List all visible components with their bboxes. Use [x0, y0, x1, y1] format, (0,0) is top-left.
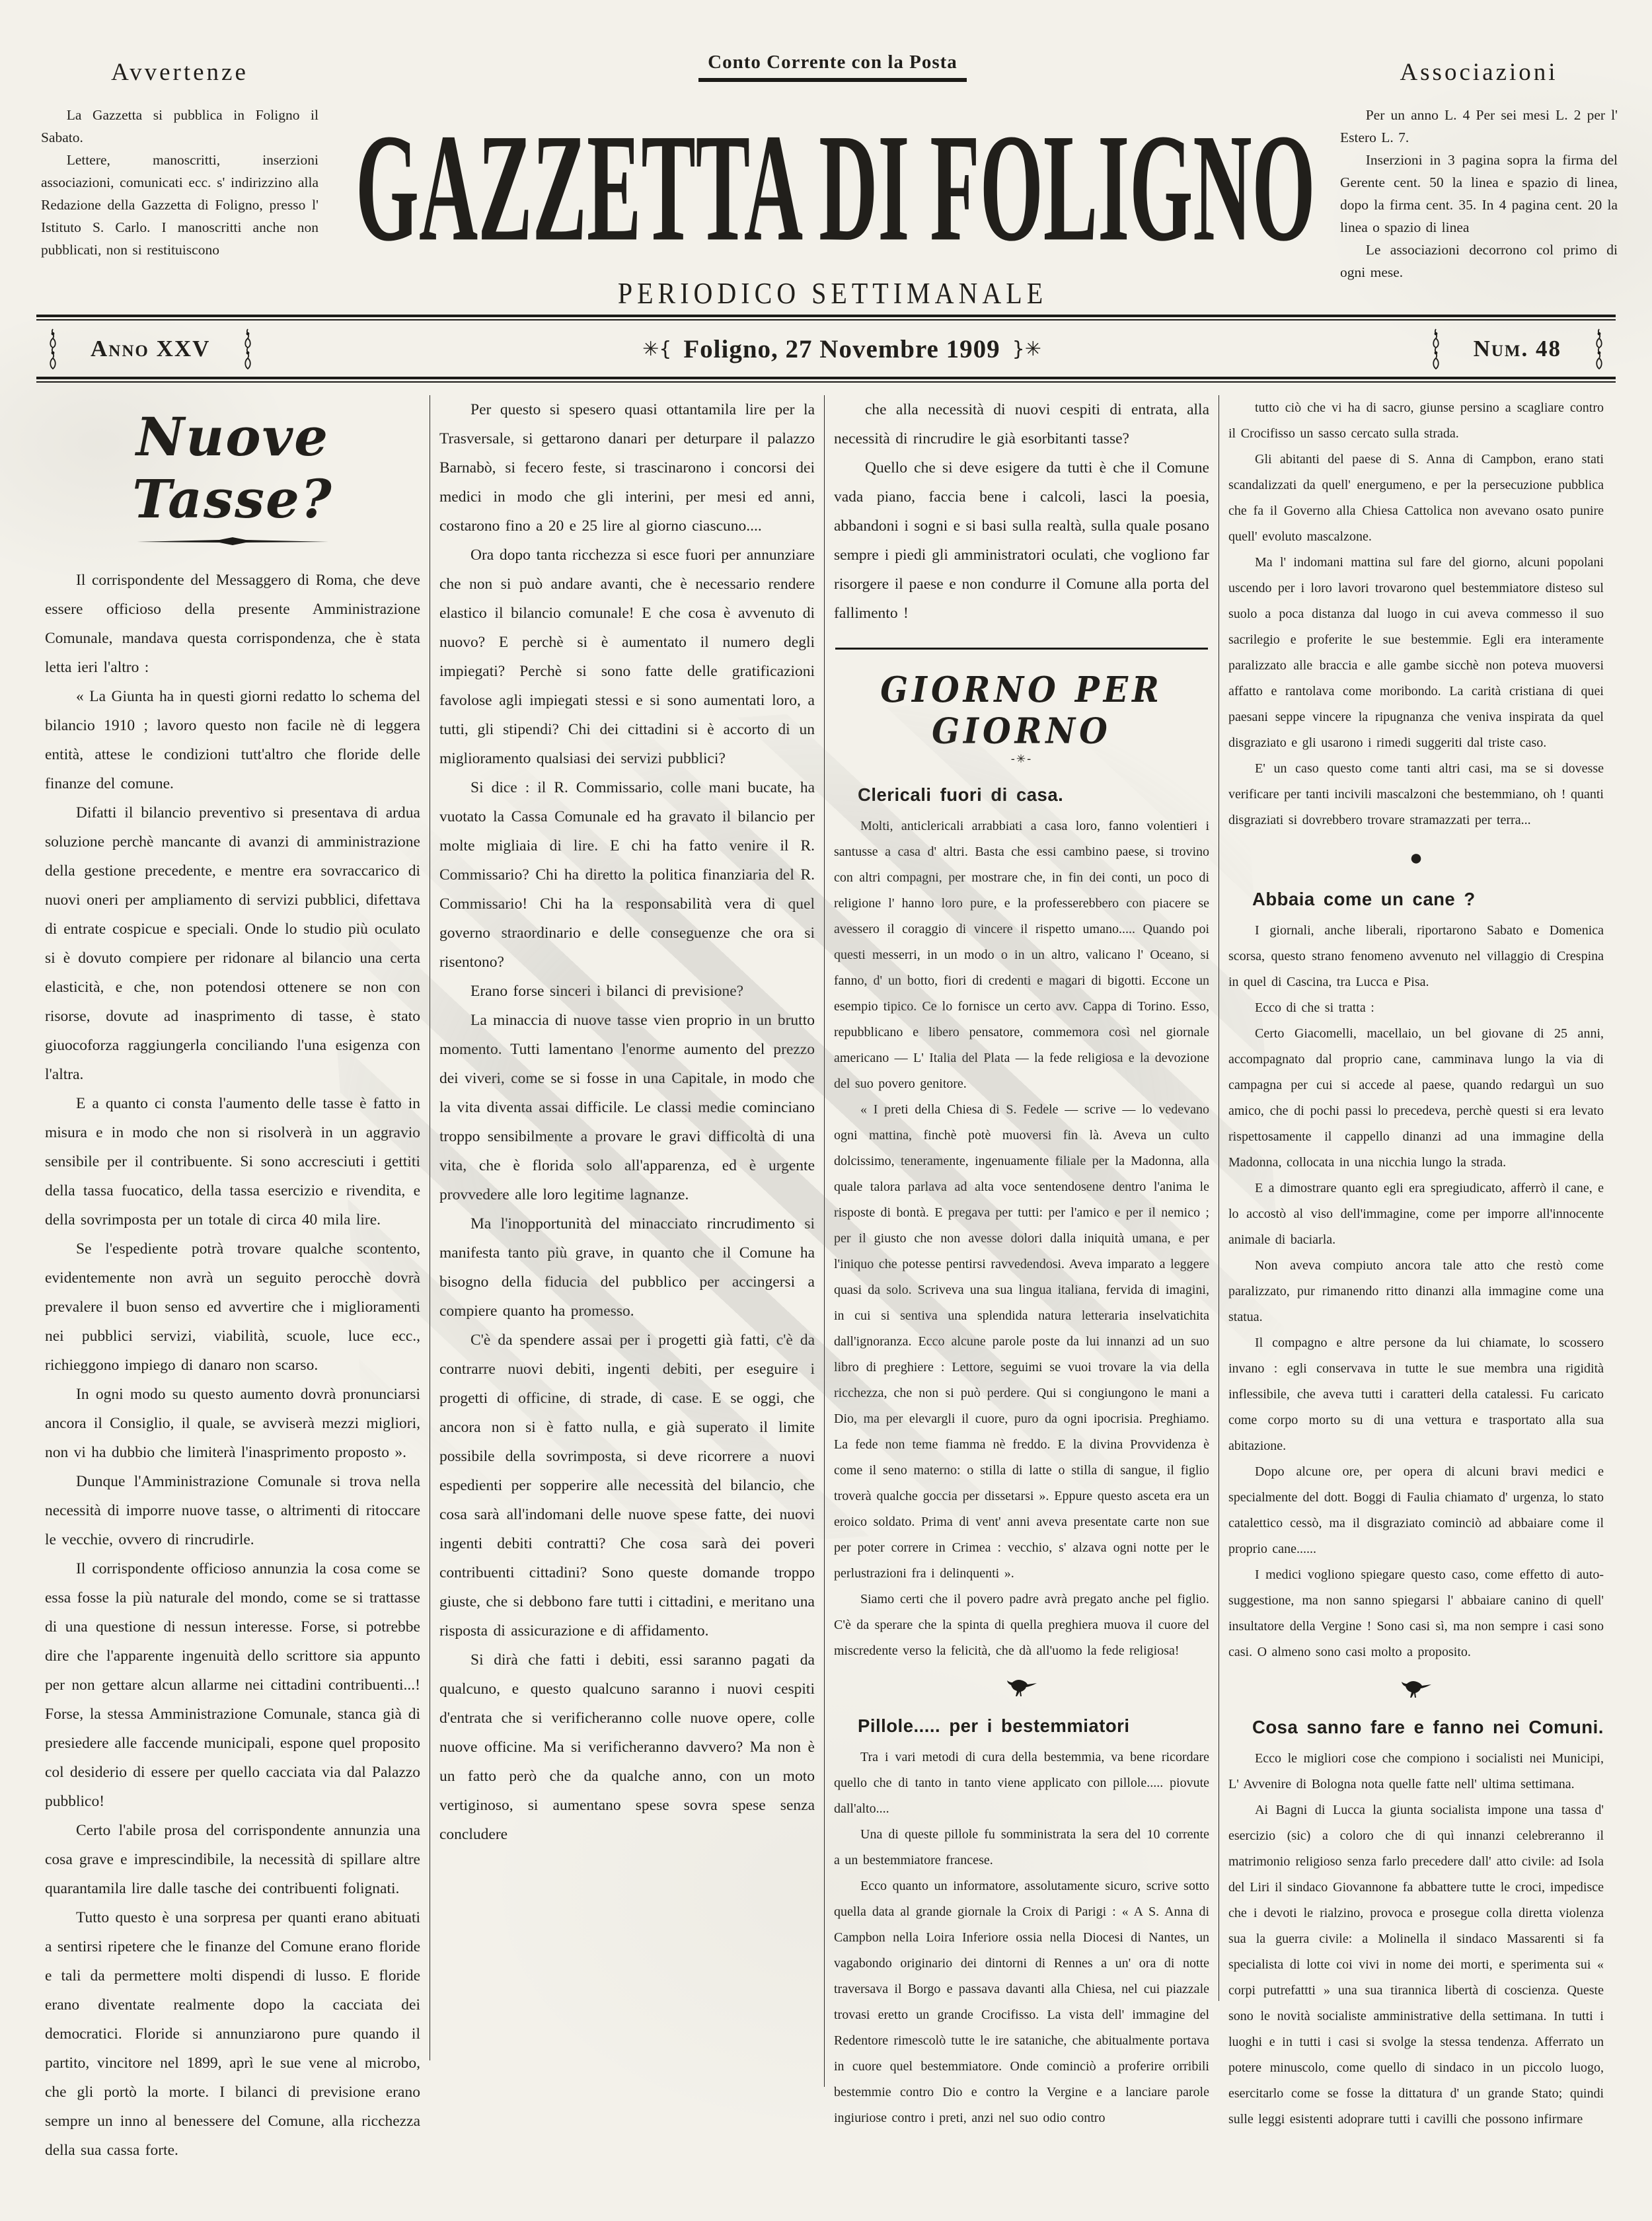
paragraph: Difatti il bilancio preventivo si presen…: [45, 798, 420, 1089]
dateline-center: ✳{ Foligno, 27 Novembre 1909 }✳: [642, 334, 1041, 364]
section-ornament: -✳-: [834, 753, 1209, 766]
divider-rule: [36, 315, 1616, 320]
masthead: Conto Corrente con la Posta GAZZETTA DI …: [330, 52, 1335, 309]
paragraph: I medici vogliono spiegare questo caso, …: [1228, 1562, 1604, 1665]
paragraph: La Gazzetta si pubblica in Foligno il Sa…: [41, 104, 319, 149]
body-columns: Nuove Tasse? Il corrispondente del Messa…: [45, 395, 1612, 2221]
paragraph: che alla necessità di nuovi cespiti di e…: [834, 395, 1209, 453]
paragraph: In ogni modo su questo aumento dovrà pro…: [45, 1380, 420, 1467]
paragraph: Erano forse sinceri i bilanci di previsi…: [439, 977, 815, 1006]
fleuron-icon: [46, 328, 60, 370]
bird-dingbat-icon: [834, 1677, 1209, 1697]
star-ornament: ✳{: [642, 338, 671, 361]
star-ornament: }✳: [1012, 338, 1041, 361]
paragraph: Certo l'abile prosa del corrispondente a…: [45, 1816, 420, 1903]
paragraph: Ora dopo tanta ricchezza si esce fuori p…: [439, 541, 815, 773]
paragraph: Per questo si spesero quasi ottantamila …: [439, 395, 815, 541]
paragraph: Ma l'inopportunità del minacciato rincru…: [439, 1209, 815, 1326]
section-rule: [835, 648, 1208, 650]
news-articles: Clericali fuori di casa. Molti, anticler…: [834, 784, 1209, 2131]
fleuron-icon: [1429, 328, 1443, 370]
paragraph: Dopo alcune ore, per opera di alcuni bra…: [1228, 1459, 1604, 1562]
column-1: Nuove Tasse? Il corrispondente del Messa…: [45, 395, 420, 2221]
paragraph: Per un anno L. 4 Per sei mesi L. 2 per l…: [1340, 104, 1618, 149]
notice-box-associazioni: Associazioni Per un anno L. 4 Per sei me…: [1340, 58, 1618, 283]
paragraph: Il corrispondente officioso annunzia la …: [45, 1554, 420, 1816]
paragraph: Non aveva compiuto ancora tale atto che …: [1228, 1253, 1604, 1330]
column-4: tutto ciò che vi ha di sacro, giunse per…: [1228, 395, 1604, 2221]
lead-article-continuation: che alla necessità di nuovi cespiti di e…: [834, 395, 1209, 628]
postal-note: Conto Corrente con la Posta: [698, 52, 967, 82]
masthead-title: GAZZETTA DI FOLIGNO: [356, 111, 1310, 266]
bird-dingbat-icon: [1228, 1678, 1604, 1698]
paragraph: E' un caso questo come tanti altri casi,…: [1228, 756, 1604, 833]
paragraph: Gli abitanti del paese di S. Anna di Cam…: [1228, 447, 1604, 550]
paragraph: Lettere, manoscritti, inserzioni associa…: [41, 149, 319, 261]
column-divider: [1219, 395, 1219, 2001]
paragraph: Ai Bagni di Lucca la giunta socialista i…: [1228, 1797, 1604, 2132]
paragraph: Quello che si deve esigere da tutti è ch…: [834, 453, 1209, 628]
paragraph: Certo Giacomelli, macellaio, un bel giov…: [1228, 1021, 1604, 1176]
dot-ornament: ●: [1228, 847, 1604, 870]
dateline-left: Anno XXV: [36, 328, 264, 370]
paragraph: Ecco di che si tratta :: [1228, 995, 1604, 1021]
paragraph: « I preti della Chiesa di S. Fedele — sc…: [834, 1097, 1209, 1587]
avvertenze-title: Avvertenze: [41, 58, 319, 87]
paragraph: « La Giunta ha in questi giorni redatto …: [45, 682, 420, 798]
paragraph: Se l'espediente potrà trovare qualche sc…: [45, 1234, 420, 1380]
column-divider: [824, 395, 825, 2087]
paragraph: Tra i vari metodi di cura della bestemmi…: [834, 1745, 1209, 1822]
article-heading: Pillole..... per i bestemmiatori: [834, 1715, 1209, 1737]
masthead-subtitle: PERIODICO SETTIMANALE: [330, 275, 1335, 311]
notice-box-avvertenze: Avvertenze La Gazzetta si pubblica in Fo…: [41, 58, 319, 261]
paragraph: Ecco quanto un informatore, assolutament…: [834, 1873, 1209, 2131]
paragraph: E a quanto ci consta l'aumento delle tas…: [45, 1089, 420, 1234]
divider-rule: [36, 377, 1616, 383]
fleuron-icon: [1592, 328, 1606, 370]
newspaper-page: Avvertenze La Gazzetta si pubblica in Fo…: [0, 0, 1652, 2221]
dateline: Anno XXV ✳{ Foligno, 27 Novembre 1909 }✳…: [36, 322, 1616, 376]
column-divider: [430, 395, 430, 2060]
place-date: Foligno, 27 Novembre 1909: [683, 334, 1000, 364]
paragraph: La minaccia di nuove tasse vien proprio …: [439, 1006, 815, 1209]
paragraph: Si dirà che fatti i debiti, essi saranno…: [439, 1645, 815, 1849]
article-heading: Cosa sanno fare e fanno nei Comuni.: [1228, 1717, 1604, 1738]
paragraph: Ecco le migliori cose che compiono i soc…: [1228, 1746, 1604, 1797]
paragraph: Dunque l'Amministrazione Comunale si tro…: [45, 1467, 420, 1554]
paragraph: C'è da spendere assai per i progetti già…: [439, 1326, 815, 1645]
section-title: GIORNO PER GIORNO: [834, 669, 1209, 751]
paragraph: Tutto questo è una sorpresa per quanti e…: [45, 1903, 420, 2165]
paragraph: Inserzioni in 3 pagina sopra la firma de…: [1340, 149, 1618, 239]
column-3: che alla necessità di nuovi cespiti di e…: [834, 395, 1209, 2221]
article-heading: Abbaia come un cane ?: [1228, 889, 1604, 910]
title-rule-ornament: [137, 537, 328, 546]
paragraph: Ma l' indomani mattina sul fare del gior…: [1228, 550, 1604, 756]
paragraph: Una di queste pillole fu somministrata l…: [834, 1822, 1209, 1873]
paragraph: Il corrispondente del Messaggero di Roma…: [45, 566, 420, 682]
article-heading: Clericali fuori di casa.: [834, 784, 1209, 806]
anno-label: Anno XXV: [91, 336, 210, 362]
column-2: Per questo si spesero quasi ottantamila …: [439, 395, 815, 2221]
num-label: Num. 48: [1474, 336, 1561, 362]
paragraph: I giornali, anche liberali, riportarono …: [1228, 918, 1604, 995]
paragraph: E a dimostrare quanto egli era spregiudi…: [1228, 1176, 1604, 1253]
paragraph: Si dice : il R. Commissario, colle mani …: [439, 773, 815, 977]
paragraph: Siamo certi che il povero padre avrà pre…: [834, 1587, 1209, 1664]
lead-article-title: Nuove Tasse?: [45, 406, 420, 530]
fleuron-icon: [241, 328, 255, 370]
paragraph: Il compagno e altre persone da lui chiam…: [1228, 1330, 1604, 1459]
paragraph: Molti, anticlericali arrabbiati a casa l…: [834, 813, 1209, 1097]
associazioni-title: Associazioni: [1340, 58, 1618, 87]
paragraph: tutto ciò che vi ha di sacro, giunse per…: [1228, 395, 1604, 447]
paragraph: Le associazioni decorrono col primo di o…: [1340, 239, 1618, 283]
dateline-right: Num. 48: [1419, 328, 1616, 370]
